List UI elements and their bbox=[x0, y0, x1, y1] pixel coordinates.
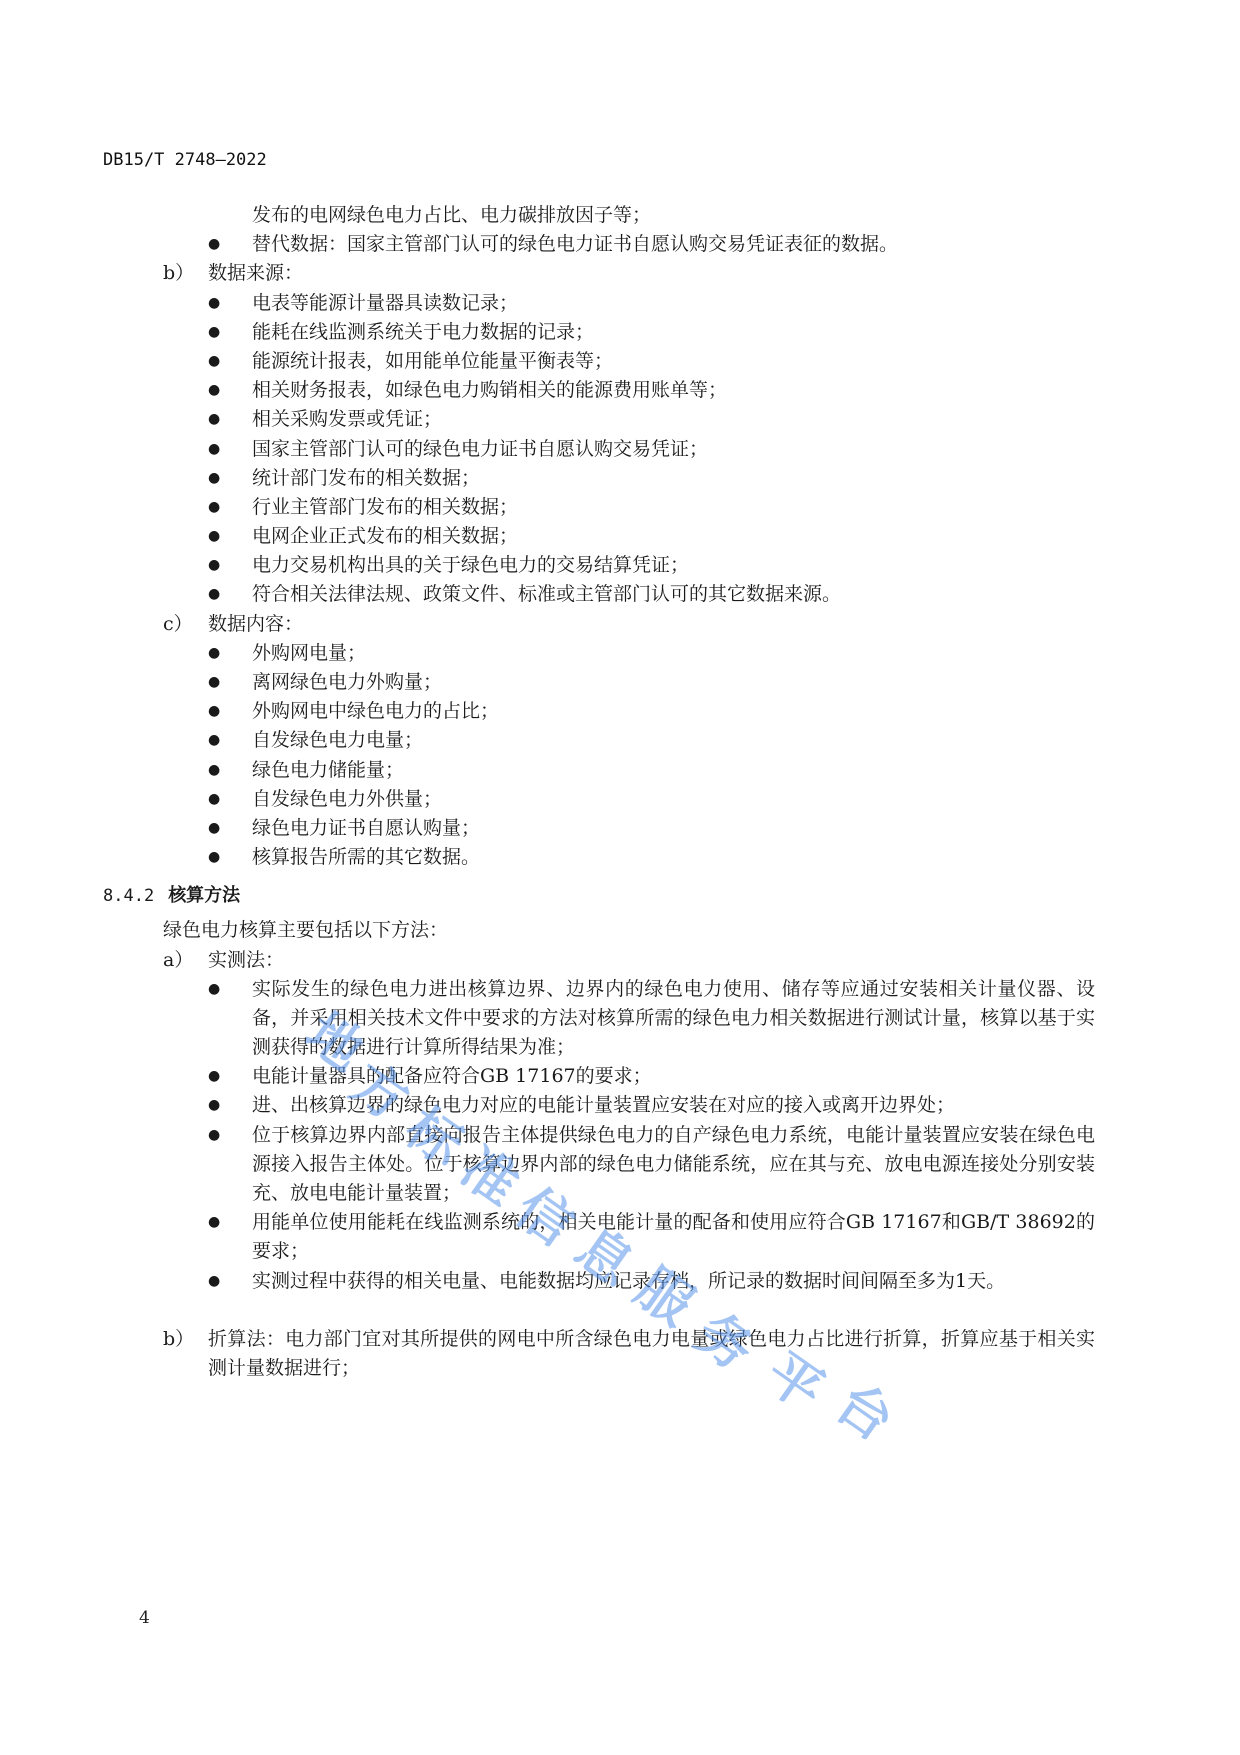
list-item: ●电能计量器具的配备应符合GB 17167的要求； bbox=[103, 1062, 1095, 1091]
list-item-text: 能耗在线监测系统关于电力数据的记录； bbox=[252, 318, 594, 347]
list-item: ● 实际发生的绿色电力进出核算边界、边界内的绿色电力使用、储存等应通过安装相关计… bbox=[103, 975, 1095, 1063]
list-item-text: 电网企业正式发布的相关数据； bbox=[252, 522, 518, 551]
bullet-icon: ● bbox=[208, 230, 220, 259]
bullet-icon: ● bbox=[208, 726, 220, 755]
list-label: c） bbox=[163, 610, 193, 639]
list-item-text: 符合相关法律法规、政策文件、标准或主管部门认可的其它数据来源。 bbox=[252, 580, 841, 609]
document-page: DB15/T 2748—2022 发布的电网绿色电力占比、电力碳排放因子等； ●… bbox=[0, 0, 1240, 1755]
list-item-text: 离网绿色电力外购量； bbox=[252, 668, 442, 697]
list-item-text: 绿色电力储能量； bbox=[252, 756, 404, 785]
list-item-text: 自发绿色电力电量； bbox=[252, 726, 423, 755]
list-label: b） bbox=[163, 259, 194, 288]
list-item-text: 电能计量器具的配备应符合GB 17167的要求； bbox=[252, 1062, 652, 1091]
bullet-icon: ● bbox=[208, 580, 220, 609]
list-item-text: 电力交易机构出具的关于绿色电力的交易结算凭证； bbox=[252, 551, 689, 580]
list-item: ●电表等能源计量器具读数记录； bbox=[103, 289, 1095, 318]
method-b-conversion: b） 折算法：电力部门宜对其所提供的网电中所含绿色电力电量或绿色电力占比进行折算… bbox=[103, 1325, 1095, 1383]
continuation-line: 发布的电网绿色电力占比、电力碳排放因子等； bbox=[103, 201, 1095, 230]
bullet-icon: ● bbox=[208, 668, 220, 697]
bullet-icon: ● bbox=[208, 697, 220, 726]
list-item: ●核算报告所需的其它数据。 bbox=[103, 843, 1095, 872]
list-item: ●国家主管部门认可的绿色电力证书自愿认购交易凭证； bbox=[103, 435, 1095, 464]
list-item: ●自发绿色电力外供量； bbox=[103, 785, 1095, 814]
bullet-icon: ● bbox=[208, 814, 220, 843]
bullet-icon: ● bbox=[208, 318, 220, 347]
section-c-data-content: c） 数据内容： bbox=[103, 610, 1095, 639]
list-item-text: 核算报告所需的其它数据。 bbox=[252, 843, 480, 872]
section-title: 数据来源： bbox=[208, 259, 303, 288]
list-label: a） bbox=[163, 946, 193, 975]
bullet-icon: ● bbox=[208, 639, 220, 668]
list-label: b） bbox=[163, 1325, 194, 1354]
bullet-icon: ● bbox=[208, 785, 220, 814]
bullet-icon: ● bbox=[208, 493, 220, 522]
bullet-icon: ● bbox=[208, 1091, 220, 1120]
list-item-text: 位于核算边界内部直接向报告主体提供绿色电力的自产绿色电力系统，电能计量装置应安装… bbox=[252, 1121, 1095, 1209]
section-number: 8.4.2 bbox=[103, 886, 154, 906]
list-item-text: 进、出核算边界的绿色电力对应的电能计量装置应安装在对应的接入或离开边界处； bbox=[252, 1091, 955, 1120]
list-item: ●外购网电量； bbox=[103, 639, 1095, 668]
list-item: ●行业主管部门发布的相关数据； bbox=[103, 493, 1095, 522]
list-item: ●能源统计报表，如用能单位能量平衡表等； bbox=[103, 347, 1095, 376]
bullet-icon: ● bbox=[208, 376, 220, 405]
list-item: ●进、出核算边界的绿色电力对应的电能计量装置应安装在对应的接入或离开边界处； bbox=[103, 1091, 1095, 1120]
bullet-icon: ● bbox=[208, 1208, 220, 1237]
list-item: ●能耗在线监测系统关于电力数据的记录； bbox=[103, 318, 1095, 347]
list-item-text: 实测过程中获得的相关电量、电能数据均应记录存档，所记录的数据时间间隔至多为1天。 bbox=[252, 1267, 1095, 1296]
list-item-text: 替代数据：国家主管部门认可的绿色电力证书自愿认购交易凭证表征的数据。 bbox=[252, 230, 898, 259]
bullet-icon: ● bbox=[208, 464, 220, 493]
bullet-icon: ● bbox=[208, 1267, 220, 1296]
list-item: ● 用能单位使用能耗在线监测系统的，相关电能计量的配备和使用应符合GB 1716… bbox=[103, 1208, 1095, 1266]
section-heading-title: 核算方法 bbox=[168, 885, 240, 906]
list-item: ●符合相关法律法规、政策文件、标准或主管部门认可的其它数据来源。 bbox=[103, 580, 1095, 609]
list-item: ●相关采购发票或凭证； bbox=[103, 405, 1095, 434]
method-title: 实测法： bbox=[208, 946, 284, 975]
list-item: ● 位于核算边界内部直接向报告主体提供绿色电力的自产绿色电力系统，电能计量装置应… bbox=[103, 1121, 1095, 1209]
list-item: ●电网企业正式发布的相关数据； bbox=[103, 522, 1095, 551]
list-item: ●外购网电中绿色电力的占比； bbox=[103, 697, 1095, 726]
methods-intro: 绿色电力核算主要包括以下方法： bbox=[103, 916, 1095, 945]
list-item-text: 统计部门发布的相关数据； bbox=[252, 464, 480, 493]
bullet-icon: ● bbox=[208, 1062, 220, 1091]
list-item-text: 电表等能源计量器具读数记录； bbox=[252, 289, 518, 318]
list-item: ● 替代数据：国家主管部门认可的绿色电力证书自愿认购交易凭证表征的数据。 bbox=[103, 230, 1095, 259]
bullet-icon: ● bbox=[208, 551, 220, 580]
list-item: ●电力交易机构出具的关于绿色电力的交易结算凭证； bbox=[103, 551, 1095, 580]
section-b-data-sources: b） 数据来源： bbox=[103, 259, 1095, 288]
list-item-text: 国家主管部门认可的绿色电力证书自愿认购交易凭证； bbox=[252, 435, 708, 464]
bullet-icon: ● bbox=[208, 289, 220, 318]
list-item: ●离网绿色电力外购量； bbox=[103, 668, 1095, 697]
bullet-icon: ● bbox=[208, 522, 220, 551]
list-item-text: 外购网电量； bbox=[252, 639, 366, 668]
bullet-icon: ● bbox=[208, 756, 220, 785]
list-item-text: 相关采购发票或凭证； bbox=[252, 405, 442, 434]
list-item: ● 实测过程中获得的相关电量、电能数据均应记录存档，所记录的数据时间间隔至多为1… bbox=[103, 1267, 1095, 1325]
list-item-text: 能源统计报表，如用能单位能量平衡表等； bbox=[252, 347, 613, 376]
document-id-header: DB15/T 2748—2022 bbox=[103, 150, 267, 170]
list-item: ●相关财务报表，如绿色电力购销相关的能源费用账单等； bbox=[103, 376, 1095, 405]
bullet-icon: ● bbox=[208, 975, 220, 1004]
list-item-text: 相关财务报表，如绿色电力购销相关的能源费用账单等； bbox=[252, 376, 727, 405]
list-item-text: 绿色电力证书自愿认购量； bbox=[252, 814, 480, 843]
bullet-icon: ● bbox=[208, 435, 220, 464]
list-item-text: 行业主管部门发布的相关数据； bbox=[252, 493, 518, 522]
bullet-icon: ● bbox=[208, 347, 220, 376]
list-item: ●绿色电力储能量； bbox=[103, 756, 1095, 785]
list-item-text: 用能单位使用能耗在线监测系统的，相关电能计量的配备和使用应符合GB 17167和… bbox=[252, 1208, 1095, 1266]
bullet-icon: ● bbox=[208, 843, 220, 872]
list-item-text: 实际发生的绿色电力进出核算边界、边界内的绿色电力使用、储存等应通过安装相关计量仪… bbox=[252, 975, 1095, 1063]
list-item-text: 自发绿色电力外供量； bbox=[252, 785, 442, 814]
list-item-text: 外购网电中绿色电力的占比； bbox=[252, 697, 499, 726]
section-heading-8-4-2: 8.4.2核算方法 bbox=[103, 876, 1095, 916]
list-item: ●自发绿色电力电量； bbox=[103, 726, 1095, 755]
document-body: 发布的电网绿色电力占比、电力碳排放因子等； ● 替代数据：国家主管部门认可的绿色… bbox=[103, 201, 1095, 1383]
bullet-icon: ● bbox=[208, 405, 220, 434]
list-item: ●统计部门发布的相关数据； bbox=[103, 464, 1095, 493]
bullet-icon: ● bbox=[208, 1121, 220, 1150]
list-item: ●绿色电力证书自愿认购量； bbox=[103, 814, 1095, 843]
page-number: 4 bbox=[139, 1608, 150, 1628]
method-text: 折算法：电力部门宜对其所提供的网电中所含绿色电力电量或绿色电力占比进行折算，折算… bbox=[208, 1325, 1095, 1383]
section-title: 数据内容： bbox=[208, 610, 303, 639]
method-a-measurement: a） 实测法： bbox=[103, 946, 1095, 975]
